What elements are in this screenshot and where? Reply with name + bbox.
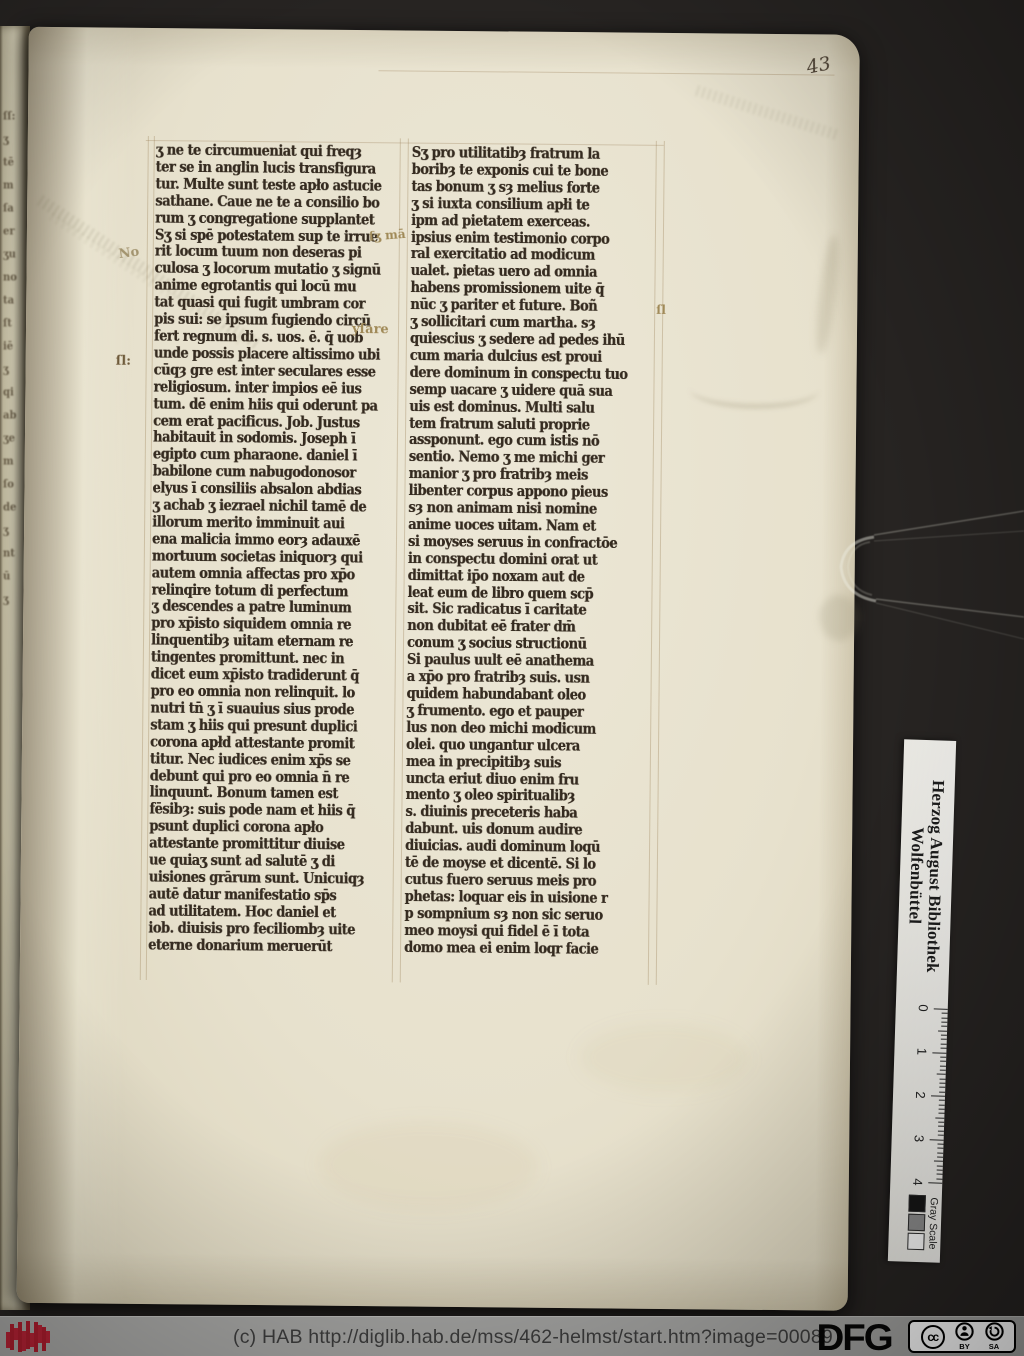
ruler-tick-label: 0: [916, 1000, 931, 1016]
parchment-stain: [318, 1120, 539, 1212]
ruler-tick: [937, 1148, 943, 1149]
ruler-tick: [938, 1122, 944, 1123]
cc-icon: cc: [921, 1325, 945, 1349]
ruler-tick: [937, 1174, 943, 1175]
ruler-tick: [941, 1048, 947, 1049]
ruler-tick: [932, 1052, 946, 1054]
spine-fragment: ſſ:: [3, 111, 30, 123]
margin-gloss-col2: ſl: [656, 303, 666, 317]
ruler-tick: [938, 1143, 944, 1144]
manuscript-line: eterne donarium meruerūt: [148, 937, 390, 958]
ruler-tick: [940, 1061, 946, 1062]
ruler-tick: [942, 1013, 948, 1014]
grayscale-label: Gray Scale: [926, 1192, 940, 1254]
ruler-tick-label: 1: [914, 1043, 929, 1059]
ruler-tick: [934, 1008, 948, 1010]
ruler-tick: [934, 1161, 943, 1162]
grayscale-white-swatch: [907, 1233, 925, 1251]
ruler-tick: [937, 1165, 943, 1166]
grayscale-black-swatch: [908, 1195, 926, 1213]
ruler-tick: [930, 1139, 944, 1141]
ruler-tick: [938, 1135, 944, 1136]
ruler-tick: [941, 1022, 947, 1023]
source-url[interactable]: (c) HAB http://diglib.hab.de/mss/462-hel…: [233, 1317, 833, 1356]
ruler-tick: [941, 1035, 947, 1036]
ruler-ticks: 01234: [890, 1001, 948, 1193]
ruler-tick: [939, 1100, 945, 1101]
ink-offset-stain: [695, 85, 841, 141]
grayscale-gray-swatch: [908, 1214, 926, 1232]
ruler-tick-label: 4: [910, 1174, 925, 1190]
manuscript-page: 43 ʒ ne te circumueniat qui freqȝter se …: [17, 27, 860, 1311]
ruler-tick: [941, 1017, 947, 1018]
manuscript-line: domo mea ei enim loqr facie: [404, 939, 646, 960]
ruler-tick: [941, 1039, 947, 1040]
ruler-tick: [938, 1130, 944, 1131]
ruler-tick: [941, 1043, 947, 1044]
ruler-tick: [939, 1091, 945, 1092]
manuscript-column-2: Sʒ pro utilitatibȝ fratrum laboribȝ te e…: [404, 145, 654, 959]
cc-by-label: BY: [959, 1342, 969, 1351]
ruler-card-face: Herzog August Bibliothek Wolfenbüttel 01…: [888, 739, 956, 1262]
spine-fragment: m: [3, 180, 30, 192]
library-name-line1: Herzog August Bibliothek: [923, 780, 948, 973]
spine-fragment: tē: [3, 157, 30, 169]
cc-license-badge: cc BY SA: [908, 1320, 1016, 1353]
caption-bar: (c) HAB http://diglib.hab.de/mss/462-hel…: [0, 1316, 1024, 1356]
grayscale-patch: Gray Scale: [888, 1191, 942, 1259]
ruler-tick: [936, 1178, 942, 1179]
manuscript-column-1: ʒ ne te circumueniat qui freqȝter se in …: [148, 142, 398, 956]
ruler-tick: [937, 1169, 943, 1170]
ruler-tick: [940, 1056, 946, 1057]
ruler-tick: [931, 1095, 945, 1097]
parchment-stain: [579, 1022, 750, 1094]
spine-fragment: ʒ: [3, 134, 30, 146]
library-name: Herzog August Bibliothek Wolfenbüttel: [896, 751, 956, 1001]
ruling-line: [656, 141, 665, 985]
ruling-line: [379, 70, 835, 75]
page-clip: [810, 495, 1024, 665]
ruler-tick: [940, 1069, 946, 1070]
dfg-logo: DFG: [817, 1317, 892, 1356]
spine-fragment: ſa: [3, 203, 30, 215]
margin-gloss-upper: ſʒ mā: [368, 227, 406, 244]
ruler-tick: [937, 1074, 946, 1075]
parchment-stain: [813, 234, 843, 355]
ruler-card: Herzog August Bibliothek Wolfenbüttel 01…: [888, 739, 956, 1262]
library-name-line2: Wolfenbüttel: [905, 827, 927, 924]
hab-barcode-logo-icon: [6, 1317, 50, 1356]
ruler-tick: [937, 1152, 943, 1153]
folio-number: 43: [805, 52, 833, 78]
ruler-tick: [938, 1113, 944, 1114]
margin-gloss-lower: yſare: [352, 322, 389, 337]
cc-sa-arrow-icon: [985, 1322, 1004, 1341]
ruler-tick: [940, 1078, 946, 1079]
margin-nota: ſl:: [116, 354, 131, 369]
ruler-tick: [928, 1182, 942, 1184]
ruler-tick: [935, 1117, 944, 1118]
cc-sa-label: SA: [989, 1342, 999, 1351]
ruler-tick: [939, 1109, 945, 1110]
cc-by-person-icon: [955, 1322, 974, 1341]
ruler-tick: [941, 1026, 947, 1027]
ruler-tick: [939, 1083, 945, 1084]
ruler-tick: [939, 1087, 945, 1088]
ruler-tick-label: 2: [913, 1087, 928, 1103]
ruler-tick: [939, 1104, 945, 1105]
ruler-tick: [940, 1065, 946, 1066]
ruler-tick: [938, 1126, 944, 1127]
ruler-tick-label: 3: [911, 1130, 926, 1146]
ruler-tick: [937, 1156, 943, 1157]
margin-nota-faint: No: [118, 245, 140, 263]
parchment-stain: [689, 369, 819, 409]
ruler-tick: [938, 1030, 947, 1031]
